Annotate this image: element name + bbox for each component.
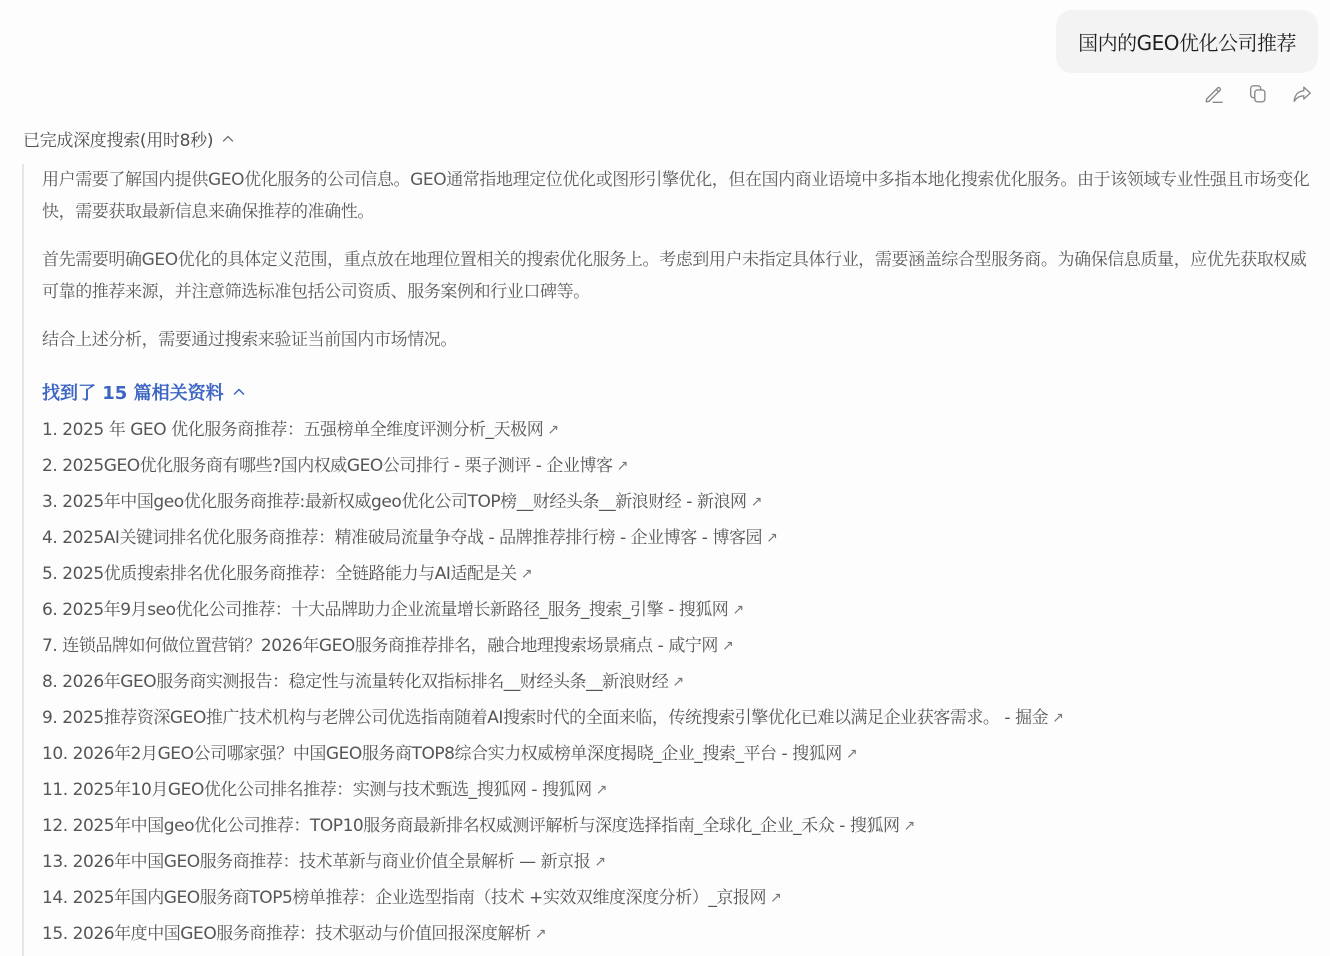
source-link[interactable]: 4. 2025AI关键词排名优化服务商推荐：精准破局流量争夺战 - 品牌推荐排行…	[42, 520, 1314, 556]
chat-page: 国内的GEO优化公司推荐 已完成深度搜索(用时8秒)	[0, 0, 1330, 956]
source-title: 1. 2025 年 GEO 优化服务商推荐：五强榜单全维度评测分析_天极网	[42, 420, 543, 440]
source-title: 6. 2025年9月seo优化公司推荐：十大品牌助力企业流量增长新路径_服务_搜…	[42, 600, 728, 620]
external-link-icon: ↗	[732, 592, 743, 628]
source-link[interactable]: 5. 2025优质搜索排名优化服务商推荐：全链路能力与AI适配是关↗	[42, 556, 1314, 592]
source-link[interactable]: 13. 2026年中国GEO服务商推荐：技术革新与商业价值全景解析 — 新京报↗	[42, 844, 1314, 880]
source-title: 4. 2025AI关键词排名优化服务商推荐：精准破局流量争夺战 - 品牌推荐排行…	[42, 528, 762, 548]
source-title: 3. 2025年中国geo优化服务商推荐:最新权威geo优化公司TOP榜__财经…	[42, 492, 747, 512]
chevron-up-icon	[232, 385, 246, 399]
source-title: 8. 2026年GEO服务商实测报告：稳定性与流量转化双指标排名__财经头条__…	[42, 672, 668, 692]
source-title: 11. 2025年10月GEO优化公司排名推荐：实测与技术甄选_搜狐网 - 搜狐…	[42, 780, 592, 800]
source-title: 12. 2025年中国geo优化公司推荐：TOP10服务商最新排名权威测评解析与…	[42, 816, 900, 836]
source-title: 9. 2025推荐资深GEO推广技术机构与老牌公司优选指南随着AI搜索时代的全面…	[42, 708, 1048, 728]
source-link[interactable]: 7. 连锁品牌如何做位置营销？2026年GEO服务商推荐排名，融合地理搜索场景痛…	[42, 628, 1314, 664]
source-title: 14. 2025年国内GEO服务商TOP5榜单推荐：企业选型指南（技术 +实效双…	[42, 888, 766, 908]
source-link[interactable]: 2. 2025GEO优化服务商有哪些?国内权威GEO公司排行 - 栗子测评 - …	[42, 448, 1314, 484]
source-title: 5. 2025优质搜索排名优化服务商推荐：全链路能力与AI适配是关	[42, 564, 517, 584]
edit-icon[interactable]	[1202, 82, 1226, 106]
external-link-icon: ↗	[521, 556, 532, 592]
user-message-bubble: 国内的GEO优化公司推荐	[1056, 10, 1318, 73]
source-list: 1. 2025 年 GEO 优化服务商推荐：五强榜单全维度评测分析_天极网↗ 2…	[42, 412, 1314, 952]
external-link-icon: ↗	[846, 736, 857, 772]
external-link-icon: ↗	[1052, 700, 1063, 736]
message-actions	[1202, 82, 1314, 106]
source-link[interactable]: 15. 2026年度中国GEO服务商推荐：技术驱动与价值回报深度解析↗	[42, 916, 1314, 952]
sources-toggle[interactable]: 找到了 15 篇相关资料	[42, 378, 1314, 406]
source-link[interactable]: 6. 2025年9月seo优化公司推荐：十大品牌助力企业流量增长新路径_服务_搜…	[42, 592, 1314, 628]
source-title: 2. 2025GEO优化服务商有哪些?国内权威GEO公司排行 - 栗子测评 - …	[42, 456, 613, 476]
source-link[interactable]: 11. 2025年10月GEO优化公司排名推荐：实测与技术甄选_搜狐网 - 搜狐…	[42, 772, 1314, 808]
external-link-icon: ↗	[596, 772, 607, 808]
external-link-icon: ↗	[547, 412, 558, 448]
reasoning-panel: 用户需要了解国内提供GEO优化服务的公司信息。GEO通常指地理定位优化或图形引擎…	[22, 164, 1314, 956]
reasoning-paragraph: 结合上述分析，需要通过搜索来验证当前国内市场情况。	[42, 324, 1314, 356]
source-link[interactable]: 1. 2025 年 GEO 优化服务商推荐：五强榜单全维度评测分析_天极网↗	[42, 412, 1314, 448]
external-link-icon: ↗	[904, 808, 915, 844]
external-link-icon: ↗	[535, 916, 546, 952]
copy-icon[interactable]	[1246, 82, 1270, 106]
share-icon[interactable]	[1290, 82, 1314, 106]
source-link[interactable]: 10. 2026年2月GEO公司哪家强？中国GEO服务商TOP8综合实力权威榜单…	[42, 736, 1314, 772]
chevron-up-icon	[221, 132, 235, 146]
source-link[interactable]: 3. 2025年中国geo优化服务商推荐:最新权威geo优化公司TOP榜__财经…	[42, 484, 1314, 520]
source-title: 15. 2026年度中国GEO服务商推荐：技术驱动与价值回报深度解析	[42, 924, 531, 944]
source-link[interactable]: 9. 2025推荐资深GEO推广技术机构与老牌公司优选指南随着AI搜索时代的全面…	[42, 700, 1314, 736]
external-link-icon: ↗	[766, 520, 777, 556]
user-message-text: 国内的GEO优化公司推荐	[1078, 27, 1296, 56]
sources-header-label: 找到了 15 篇相关资料	[42, 379, 224, 405]
reasoning-paragraph: 用户需要了解国内提供GEO优化服务的公司信息。GEO通常指地理定位优化或图形引擎…	[42, 164, 1314, 228]
source-link[interactable]: 12. 2025年中国geo优化公司推荐：TOP10服务商最新排名权威测评解析与…	[42, 808, 1314, 844]
source-link[interactable]: 14. 2025年国内GEO服务商TOP5榜单推荐：企业选型指南（技术 +实效双…	[42, 880, 1314, 916]
external-link-icon: ↗	[751, 484, 762, 520]
external-link-icon: ↗	[722, 628, 733, 664]
external-link-icon: ↗	[594, 844, 605, 880]
source-title: 10. 2026年2月GEO公司哪家强？中国GEO服务商TOP8综合实力权威榜单…	[42, 744, 842, 764]
external-link-icon: ↗	[617, 448, 628, 484]
search-status-toggle[interactable]: 已完成深度搜索(用时8秒)	[23, 126, 235, 151]
source-title: 7. 连锁品牌如何做位置营销？2026年GEO服务商推荐排名，融合地理搜索场景痛…	[42, 636, 718, 656]
external-link-icon: ↗	[770, 880, 781, 916]
external-link-icon: ↗	[672, 664, 683, 700]
source-title: 13. 2026年中国GEO服务商推荐：技术革新与商业价值全景解析 — 新京报	[42, 852, 590, 872]
reasoning-paragraph: 首先需要明确GEO优化的具体定义范围，重点放在地理位置相关的搜索优化服务上。考虑…	[42, 244, 1314, 308]
source-link[interactable]: 8. 2026年GEO服务商实测报告：稳定性与流量转化双指标排名__财经头条__…	[42, 664, 1314, 700]
search-status-label: 已完成深度搜索(用时8秒)	[23, 126, 213, 151]
